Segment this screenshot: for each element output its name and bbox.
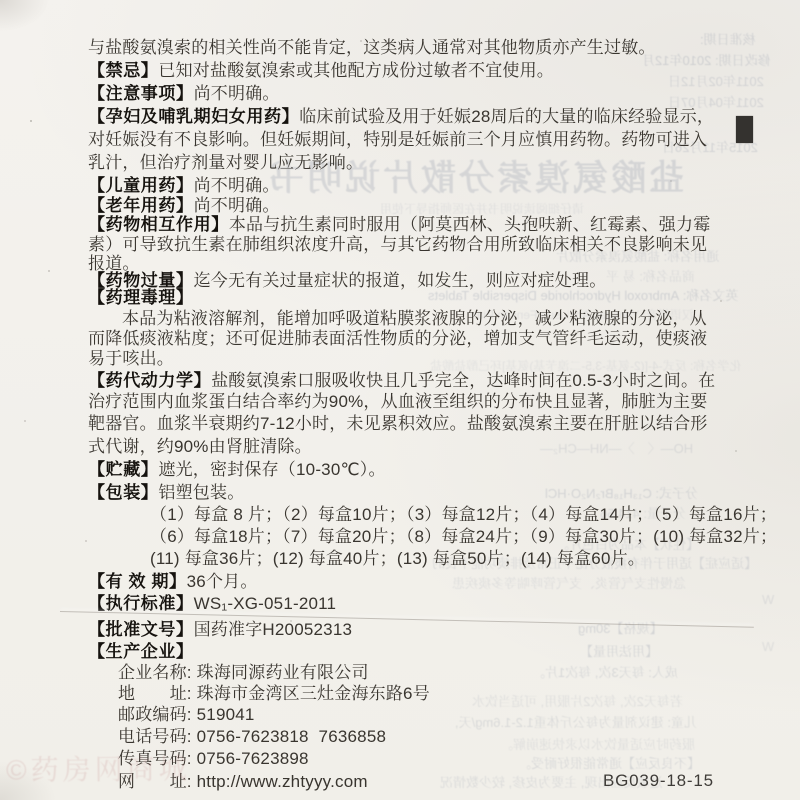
line-text: 易于咳出。: [88, 349, 174, 368]
insert-text-layer: 与盐酸氨溴索的相关性尚不能肯定，这类病人通常对其他物质亦产生过敏。【禁忌】已知对…: [0, 0, 800, 800]
section-header: 【注意事项】: [88, 84, 194, 103]
text-line: 与盐酸氨溴索的相关性尚不能肯定，这类病人通常对其他物质亦产生过敏。: [88, 38, 656, 58]
text-line: (11) 每盒36片；(12) 每盒40片；(13) 每盒50片；(14) 每盒…: [150, 549, 645, 569]
text-line: 乳汁，但治疗剂量对婴儿应无影响。: [88, 153, 363, 173]
line-text: 盐酸氨溴索口服吸收快且几乎完全，达峰时间在0.5-3小时之间。在: [211, 371, 715, 390]
section-header: 【药理毒理】: [88, 288, 194, 307]
line-text: WS₁-XG-051-2011: [194, 594, 337, 613]
text-line: 【药物相互作用】本品与抗生素同时服用（阿莫西林、头孢呋新、红霉素、强力霉: [88, 215, 710, 235]
line-text: （1）每盒 8 片；（2）每盒10片；（3）每盒12片；（4）每盒14片；（5）…: [150, 505, 777, 524]
text-line: 而降低痰液粘度；还可促进肺表面活性物质的分泌，增加支气管纤毛运动，使痰液: [88, 329, 707, 349]
text-line: 【有 效 期】36个月。: [88, 572, 258, 592]
text-line: 【禁忌】已知对盐酸氨溴索或其他配方成份过敏者不宜使用。: [88, 61, 554, 81]
section-header: 【药代动力学】: [88, 371, 211, 390]
text-line: 治疗范围内血浆蛋白结合率约为90%，从血液至组织的分布快且显著，肺脏为主要: [88, 392, 707, 412]
text-line: 企业名称: 珠海同源药业有限公司: [118, 663, 369, 683]
text-line: 易于咳出。: [88, 349, 174, 369]
package-insert-scan: 核准日期:修改日期: 2010年12月2011年02月12日2011年04月07…: [0, 0, 800, 800]
line-text: 遮光，密封保存（10-30℃）。: [158, 460, 385, 479]
line-text: 治疗范围内血浆蛋白结合率约为90%，从血液至组织的分布快且显著，肺脏为主要: [88, 392, 707, 411]
line-text: 本品为粘液溶解剂，能增加呼吸道粘膜浆液腺的分泌，减少粘液腺的分泌，从: [122, 309, 707, 328]
text-line: 【注意事项】尚不明确。: [88, 84, 280, 104]
section-header: 【孕妇及哺乳期妇女用药】: [88, 107, 299, 126]
line-text: (11) 每盒36片；(12) 每盒40片；(13) 每盒50片；(14) 每盒…: [150, 549, 645, 568]
line-text: 临床前试验及用于妊娠28周后的大量的临床经验显示，: [299, 107, 714, 126]
text-line: 地 址: 珠海市金湾区三灶金海东路6号: [118, 684, 430, 704]
line-text: 尚不明确。: [194, 84, 280, 103]
line-text: 尚不明确。: [194, 196, 280, 215]
line-text: 迄今无有关过量症状的报道，如发生，则应对症处理。: [194, 271, 607, 290]
text-line: 【药代动力学】盐酸氨溴索口服吸收快且几乎完全，达峰时间在0.5-3小时之间。在: [88, 371, 715, 391]
section-header: 【药物相互作用】: [88, 215, 229, 234]
text-line: 【老年用药】尚不明确。: [88, 196, 280, 216]
section-header: 【有 效 期】: [88, 572, 187, 591]
text-line: 素）可导致抗生素在肺组织浓度升高，与其它药物合用所致临床相关不良影响未见: [88, 235, 707, 255]
section-header: 【执行标准】: [88, 594, 194, 613]
text-line: 【包装】铝塑包装。: [88, 483, 244, 503]
line-text: 尚不明确。: [194, 176, 280, 195]
section-header: 【老年用药】: [88, 196, 194, 215]
text-line: （6）每盒18片；（7）每盒20片；（8）每盒24片；（9）每盒30片；(10)…: [150, 527, 777, 547]
line-text: 素）可导致抗生素在肺组织浓度升高，与其它药物合用所致临床相关不良影响未见: [88, 235, 707, 254]
pharmacy-watermark: ©药房网商城: [6, 747, 191, 789]
text-line: 【生产企业】: [88, 642, 194, 662]
text-line: 【贮藏】遮光，密封保存（10-30℃）。: [88, 460, 386, 480]
text-line: （1）每盒 8 片；（2）每盒10片；（3）每盒12片；（4）每盒14片；（5）…: [150, 505, 777, 525]
text-line: 【批准文号】国药准字H20052313: [88, 620, 352, 640]
line-text: 36个月。: [187, 572, 258, 591]
line-text: 而降低痰液粘度；还可促进肺表面活性物质的分泌，增加支气管纤毛运动，使痰液: [88, 329, 707, 348]
text-line: 电话号码: 0756-7623818 7636858: [118, 727, 386, 747]
text-line: 【执行标准】WS₁-XG-051-2011: [88, 594, 336, 614]
text-line: 【孕妇及哺乳期妇女用药】临床前试验及用于妊娠28周后的大量的临床经验显示，: [88, 107, 714, 127]
text-line: 【药理毒理】: [88, 288, 194, 308]
print-registration-mark: [736, 116, 753, 143]
section-header: 【生产企业】: [88, 642, 194, 661]
line-text: 乳汁，但治疗剂量对婴儿应无影响。: [88, 153, 363, 172]
line-text: 对妊娠没有不良影响。但妊娠期间，特别是妊娠前三个月应慎用药物。药物可进入: [88, 130, 707, 149]
print-code: BG039-18-15: [603, 771, 714, 791]
text-line: 邮政编码: 519041: [118, 705, 255, 725]
section-header: 【禁忌】: [88, 61, 158, 80]
line-text: 企业名称: 珠海同源药业有限公司: [118, 663, 369, 682]
line-text: 靶器官。血浆半衰期约7-12小时，未见累积效应。盐酸氨溴索主要在肝脏以结合形: [88, 414, 708, 433]
line-text: 邮政编码: 519041: [118, 705, 255, 724]
text-line: 靶器官。血浆半衰期约7-12小时，未见累积效应。盐酸氨溴索主要在肝脏以结合形: [88, 414, 708, 434]
line-text: 式代谢，约90%由肾脏清除。: [88, 437, 312, 456]
line-text: 与盐酸氨溴索的相关性尚不能肯定，这类病人通常对其他物质亦产生过敏。: [88, 38, 656, 57]
text-line: 式代谢，约90%由肾脏清除。: [88, 437, 312, 457]
line-text: 已知对盐酸氨溴索或其他配方成份过敏者不宜使用。: [158, 61, 554, 80]
line-text: 地 址: 珠海市金湾区三灶金海东路6号: [118, 684, 430, 703]
line-text: 电话号码: 0756-7623818 7636858: [118, 727, 386, 746]
section-header: 【儿童用药】: [88, 176, 194, 195]
section-header: 【包装】: [88, 483, 158, 502]
section-header: 【批准文号】: [88, 620, 194, 639]
line-text: 本品与抗生素同时服用（阿莫西林、头孢呋新、红霉素、强力霉: [229, 215, 711, 234]
line-text: （6）每盒18片；（7）每盒20片；（8）每盒24片；（9）每盒30片；(10)…: [150, 527, 777, 546]
line-text: 铝塑包装。: [158, 483, 244, 502]
section-header: 【贮藏】: [88, 460, 158, 479]
text-line: 【儿童用药】尚不明确。: [88, 176, 280, 196]
line-text: 国药准字H20052313: [194, 620, 353, 639]
text-line: 本品为粘液溶解剂，能增加呼吸道粘膜浆液腺的分泌，减少粘液腺的分泌，从: [122, 309, 707, 329]
text-line: 对妊娠没有不良影响。但妊娠期间，特别是妊娠前三个月应慎用药物。药物可进入: [88, 130, 707, 150]
